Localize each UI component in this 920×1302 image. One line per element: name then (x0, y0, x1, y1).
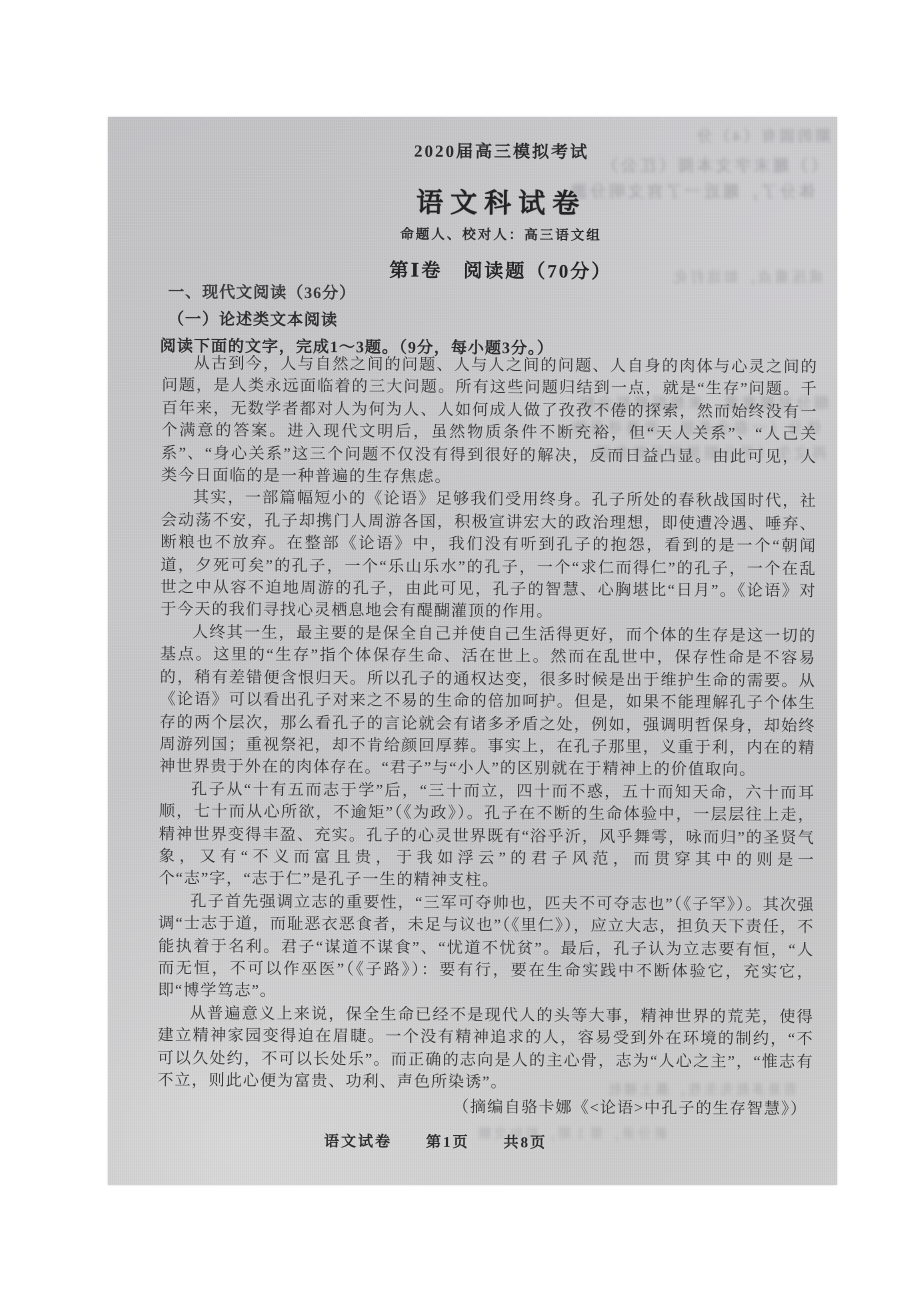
passage-paragraph: 孔子从“十有五而志于学”后，“三十而立，四十而不惑，五十而知天命，六十而耳顺，七… (159, 779, 816, 895)
footer-page-number: 第1页 (426, 1135, 470, 1151)
scanned-exam-page: 期的固有（4）分 （）题末字文本阅（江公） 体分了，题近一了宫文明分游 成压重点… (108, 117, 837, 1185)
page-footer: 语文试卷第1页共8页 (108, 1129, 800, 1154)
footer-page-total: 共8页 (503, 1135, 547, 1151)
source-attribution: （摘编自骆卡娜《<论语>中孔子的生存智慧》） (157, 1095, 813, 1121)
passage-paragraph: 从普遍意义上来说，保全生命已经不是现代人的头等大事，精神世界的荒芜，使得建立精神… (157, 1003, 814, 1097)
passage-paragraph: 孔子首先强调立志的重要性，“三军可夺帅也，匹夫不可夺志也”（《子罕》）。其次强调… (158, 891, 815, 1007)
footer-booklet-label: 语文试卷 (324, 1134, 392, 1150)
paper-title: 语文科试卷 (137, 179, 837, 222)
exam-session-heading: 2020届高三模拟考试 (137, 135, 837, 164)
page-content: 2020届高三模拟考试 语文科试卷 命题人、校对人：高三语文组 第Ⅰ卷 阅读题（… (108, 117, 837, 1185)
byline: 命题人、校对人：高三语文组 (136, 221, 837, 245)
subpart-title: （一）论述类文本阅读 (168, 306, 338, 330)
part-title: 一、现代文阅读（36分） (168, 279, 356, 303)
passage-paragraph: 其实，一部篇幅短小的《论语》足够我们受用终身。孔子所处的春秋战国时代，社会动荡不… (160, 488, 817, 626)
passage-paragraph: 人终其一生，最主要的是保全自己并使自己生活得更好，而个体的生存是这一切的基点。这… (159, 622, 816, 783)
passage-paragraph: 从古到今，人与自然之间的问题、人与人之间的问题、人自身的肉体与心灵之间的问题，是… (161, 353, 818, 491)
reading-passage: 从古到今，人与自然之间的问题、人与人之间的问题、人自身的肉体与心灵之间的问题，是… (157, 353, 818, 1122)
